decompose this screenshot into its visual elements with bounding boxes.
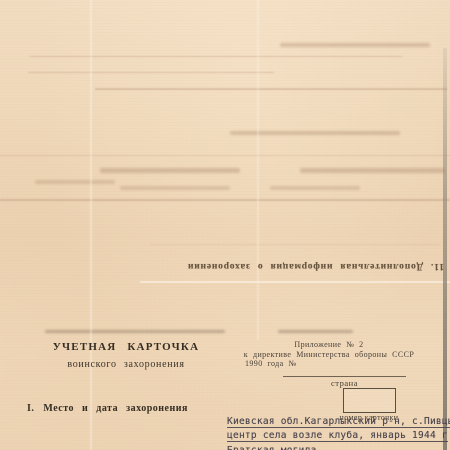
bleed-artifact	[150, 244, 440, 245]
burial-location-line-1: Киевская обл.Кагарлыкский р-н, с.Пивцы	[227, 416, 450, 427]
scan-artifact	[90, 0, 92, 450]
annex-line-3: 1990 года №	[243, 359, 415, 369]
annex-line-1: Приложение № 2	[243, 340, 415, 350]
annex-reference-block: Приложение № 2 к директиве Министерства …	[243, 340, 415, 369]
bleed-artifact	[30, 56, 402, 57]
bleed-artifact	[35, 180, 115, 184]
country-field-line	[283, 376, 406, 377]
bleed-artifact	[95, 88, 447, 90]
section-1-number: I.	[27, 403, 34, 414]
scan-artifact	[257, 0, 259, 340]
bleed-artifact	[0, 155, 450, 156]
bleed-artifact	[300, 168, 445, 173]
scanned-burial-card: 11. Дополнительная информация о захороне…	[0, 0, 450, 450]
bleed-artifact	[0, 199, 450, 201]
burial-location-line-2: центр села возле клуба, январь 1944 г	[227, 430, 448, 441]
bleed-artifact	[278, 330, 353, 333]
bleed-artifact	[100, 168, 240, 173]
country-field-label: страна	[283, 378, 406, 388]
header-block: УЧЕТНАЯ КАРТОЧКА воинского захоронения	[40, 341, 212, 370]
page-edge-shadow	[443, 48, 447, 450]
bleedthrough-section-11-text: 11. Дополнительная информация о захороне…	[164, 256, 444, 271]
bleed-artifact	[28, 72, 274, 73]
card-title: УЧЕТНАЯ КАРТОЧКА	[40, 341, 212, 353]
bleed-artifact	[270, 186, 360, 190]
bleed-artifact	[45, 330, 225, 333]
burial-location-line-3-clipped: Братская могила	[227, 445, 317, 450]
bleed-artifact	[120, 186, 230, 190]
annex-line-2: к директиве Министерства обороны СССР	[243, 350, 415, 360]
scan-artifact	[140, 281, 450, 283]
bleed-artifact	[230, 131, 400, 135]
section-1-title: Место и дата захоронения	[43, 403, 188, 414]
card-subtitle: воинского захоронения	[40, 359, 212, 370]
bleed-artifact	[280, 43, 430, 47]
card-number-box	[343, 388, 396, 413]
section-1-heading: I.Место и дата захоронения	[27, 403, 188, 414]
